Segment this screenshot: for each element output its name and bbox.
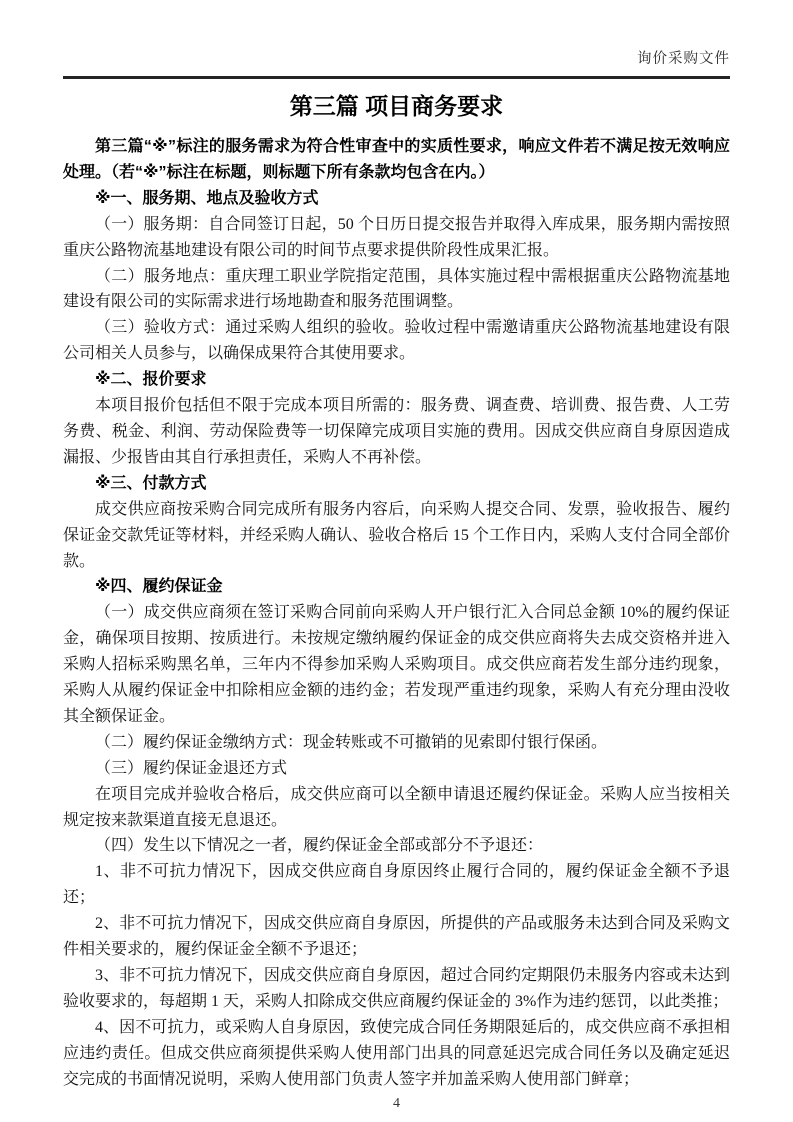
paragraph: （二）履约保证金缴纳方式：现金转账或不可撤销的见索即付银行保函。 [63,730,730,756]
section-heading: ※二、报价要求 [63,367,730,393]
header-label: 询价采购文件 [637,51,730,67]
intro-paragraph: 第三篇“※”标注的服务需求为符合性审查中的实质性要求，响应文件若不满足按无效响应… [63,134,730,186]
section-heading: ※一、服务期、地点及验收方式 [63,186,730,212]
page-footer: 4 [63,1096,730,1112]
paragraph: 本项目报价包括但不限于完成本项目所需的：服务费、调查费、培训费、报告费、人工劳务… [63,393,730,471]
paragraph: 在项目完成并验收合格后，成交供应商可以全额申请退还履约保证金。采购人应当按相关规… [63,782,730,834]
paragraph: （三）履约保证金退还方式 [63,756,730,782]
paragraph: （一）服务期：自合同签订日起，50 个日历日提交报告并取得入库成果，服务期内需按… [63,212,730,264]
document-header: 询价采购文件 [63,48,730,70]
paragraph: 1、非不可抗力情况下，因成交供应商自身原因终止履行合同的，履约保证金全额不予退还… [63,859,730,911]
paragraph: 4、因不可抗力，或采购人自身原因，致使完成合同任务期限延后的，成交供应商不承担相… [63,1015,730,1093]
page-title: 第三篇 项目商务要求 [63,92,730,120]
paragraph: 成交供应商按采购合同完成所有服务内容后，向采购人提交合同、发票，验收报告、履约保… [63,497,730,575]
document-page: 询价采购文件 第三篇 项目商务要求 第三篇“※”标注的服务需求为符合性审查中的实… [0,0,793,1122]
paragraph: 2、非不可抗力情况下，因成交供应商自身原因，所提供的产品或服务未达到合同及采购文… [63,911,730,963]
section-heading: ※三、付款方式 [63,471,730,497]
header-rule [63,76,730,79]
paragraph: （三）验收方式：通过采购人组织的验收。验收过程中需邀请重庆公路物流基地建设有限公… [63,315,730,367]
paragraph: 3、非不可抗力情况下，因成交供应商自身原因，超过合同约定期限仍未服务内容或未达到… [63,963,730,1015]
paragraph: （一）成交供应商须在签订采购合同前向采购人开户银行汇入合同总金额 10%的履约保… [63,600,730,730]
document-body: 第三篇“※”标注的服务需求为符合性审查中的实质性要求，响应文件若不满足按无效响应… [63,134,730,1093]
paragraph: （二）服务地点：重庆理工职业学院指定范围，具体实施过程中需根据重庆公路物流基地建… [63,264,730,316]
paragraph: （四）发生以下情况之一者，履约保证金全部或部分不予退还： [63,833,730,859]
page-number: 4 [393,1096,400,1111]
section-heading: ※四、履约保证金 [63,574,730,600]
